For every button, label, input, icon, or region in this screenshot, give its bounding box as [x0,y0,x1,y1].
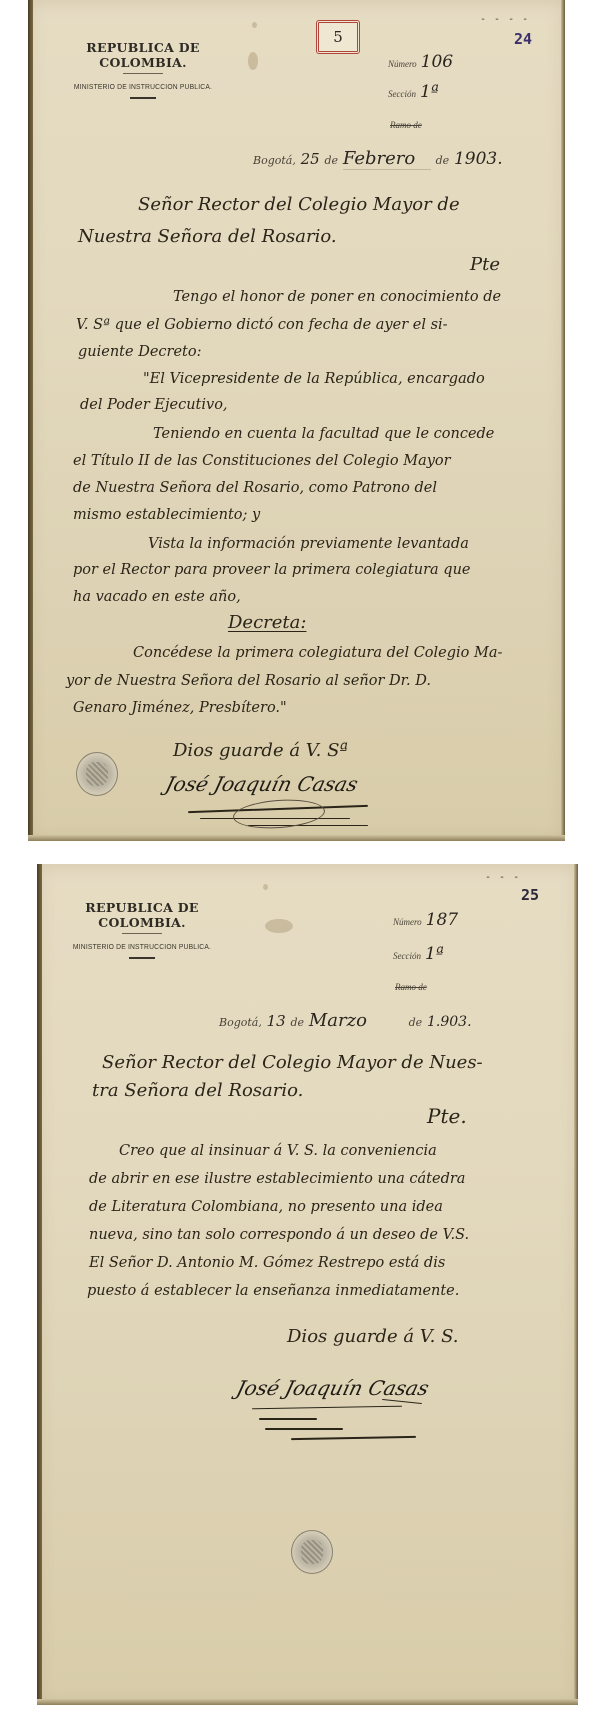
signature-loop [232,797,326,831]
body-line: puesto á establecer la enseñanza inmedia… [87,1284,459,1299]
page-number: 25 [521,886,539,904]
addressee-line: Señor Rector del Colegio Mayor de [138,196,460,214]
signature: José Joaquín Casas [163,772,360,796]
letter-date: Bogotá, 25 de Febrero de 1903. [253,148,503,170]
letterhead-rule [130,97,156,99]
date-month: Febrero [343,148,431,170]
seccion-label: Sección [388,89,416,99]
body-line: nueva, sino tan solo correspondo á un de… [89,1228,469,1243]
paper-stain [265,919,293,933]
addressee-line: tra Señora del Rosario. [92,1082,303,1100]
official-seal-icon [291,1530,333,1574]
letterhead-divider [123,73,163,74]
decree-line: Genaro Jiménez, Presbítero." [73,701,287,716]
body-line: de abrir en ese ilustre establecimiento … [89,1172,465,1187]
date-city: Bogotá, [219,1016,262,1029]
body-line: mismo establecimiento; y [73,508,260,523]
body-line: el Título II de las Constituciones del C… [73,454,451,469]
date-city: Bogotá, [253,154,296,167]
paper-stain [252,22,257,28]
letterhead-subtitle: MINISTERIO DE INSTRUCCION PUBLICA. [57,942,228,951]
signature-flourish [291,1436,416,1440]
body-line: V. Sª que el Gobierno dictó con fecha de… [76,318,448,333]
ramo-field: Ramo de [390,120,422,130]
date-de: de [291,1016,305,1029]
body-line: El Señor D. Antonio M. Gómez Restrepo es… [89,1256,445,1271]
body-line: Teniendo en cuenta la facultad que le co… [153,427,494,442]
body-line: del Poder Ejecutivo, [80,398,228,413]
signature-flourish [252,1406,402,1410]
seccion-field: Sección1ª [388,82,439,102]
letter-page-2: REPUBLICA DE COLOMBIA. MINISTERIO DE INS… [37,864,578,1705]
date-month: Marzo [309,1010,404,1031]
letter-date: Bogotá, 13 de Marzo de 1.903. [219,1010,472,1031]
decree-heading: Decreta: [228,614,306,632]
letterhead-divider [122,933,162,934]
numero-label: Número [388,59,417,69]
salutation: Pte. [427,1106,467,1126]
signature-flourish [265,1428,343,1430]
body-line: guiente Decreto: [78,345,201,360]
salutation: Pte [470,256,500,274]
body-line: Tengo el honor de poner en conocimiento … [173,290,501,305]
body-line: de Literatura Colombiana, no presento un… [89,1200,443,1215]
date-de: de [325,154,339,167]
folio-number-box: 5 [316,20,360,54]
letterhead-rule [129,957,155,959]
numero-value: 187 [426,910,458,930]
decree-line: Concédese la primera colegiatura del Col… [133,646,502,661]
page-edge [574,864,578,1705]
decree-line: yor de Nuestra Señora del Rosario al señ… [66,674,431,689]
seccion-value: 1ª [420,82,439,102]
page-number: 24 [514,30,532,48]
letterhead-title: REPUBLICA DE COLOMBIA. [48,40,238,70]
date-day: 25 [301,150,320,168]
paper-stain [248,52,258,70]
body-line: "El Vicepresidente de la República, enca… [143,372,485,387]
closing: Dios guarde á V. Sª [173,742,348,760]
letterhead-subtitle: MINISTERIO DE INSTRUCCION PUBLICA. [58,82,229,91]
numero-value: 106 [421,52,453,72]
numero-field: Número106 [388,52,453,72]
closing: Dios guarde á V. S. [287,1328,459,1346]
addressee-line: Señor Rector del Colegio Mayor de Nues- [102,1054,483,1072]
ramo-field: Ramo de [395,982,427,992]
signature: José Joaquín Casas [234,1376,431,1400]
letter-page-1: REPUBLICA DE COLOMBIA. MINISTERIO DE INS… [28,0,565,841]
addressee-line: Nuestra Señora del Rosario. [78,228,337,246]
page-edge [561,0,565,841]
dash-marks: - - - [485,872,520,883]
seccion-label: Sección [393,951,421,961]
date-de: de [409,1016,423,1029]
letterhead: REPUBLICA DE COLOMBIA. MINISTERIO DE INS… [47,900,237,959]
body-line: Vista la información previamente levanta… [148,537,469,552]
body-line: por el Rector para proveer la primera co… [73,563,471,578]
date-day: 13 [267,1012,286,1030]
dash-marks: - - - - [480,14,529,25]
seccion-field: Sección1ª [393,944,444,964]
date-year: 1.903. [427,1014,472,1030]
numero-label: Número [393,917,422,927]
letterhead: REPUBLICA DE COLOMBIA. MINISTERIO DE INS… [48,40,238,99]
paper-stain [263,884,268,890]
body-line: Creo que al insinuar á V. S. la convenie… [119,1144,437,1159]
signature-flourish [259,1418,317,1420]
official-seal-icon [76,752,118,796]
numero-field: Número187 [393,910,458,930]
date-de: de [436,154,450,167]
letterhead-title: REPUBLICA DE COLOMBIA. [47,900,237,930]
seccion-value: 1ª [425,944,444,964]
body-line: de Nuestra Señora del Rosario, como Patr… [73,481,437,496]
date-year: 1903. [454,149,503,169]
body-line: ha vacado en este año, [73,590,241,605]
